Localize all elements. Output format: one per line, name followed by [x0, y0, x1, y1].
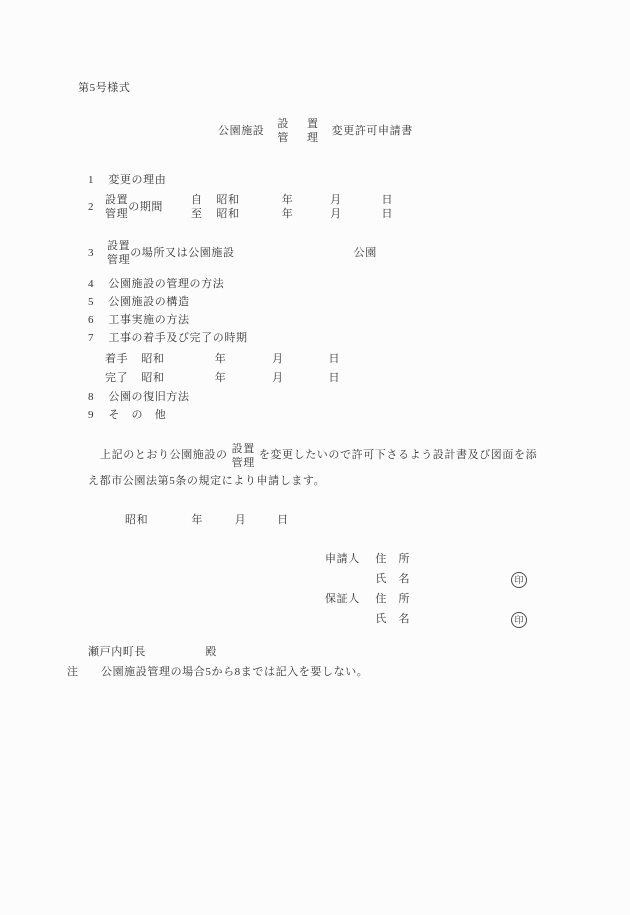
note-label: 注 — [67, 666, 79, 678]
item-5: 5 公園施設の構造 — [88, 296, 190, 309]
date-line-to: 至 昭和 年 月 日 — [191, 207, 393, 221]
era-label: 昭和 — [141, 353, 211, 366]
year-label: 年 — [215, 353, 269, 366]
era-label: 昭和 — [141, 372, 211, 385]
document-title: 公園施設 設 置 管 理 変更許可申請書 — [218, 117, 413, 145]
item-5-number: 5 — [88, 296, 105, 309]
body-text-after-stack: を変更したいので許可下さるよう設計書及び図面を添 — [259, 449, 537, 462]
day-label: 日 — [328, 353, 340, 366]
applicant-role-label: 申請人 — [325, 549, 372, 569]
item-3-label: の場所又は公園施設 — [130, 247, 234, 260]
item-2-label: の期間 — [128, 201, 163, 214]
address-label: 住 所 — [375, 593, 410, 605]
body-paragraph-line-2: え都市公園法第5条の規定により申請します。 — [88, 475, 325, 488]
start-label: 着手 — [105, 353, 138, 366]
application-date-line: 昭和 年 月 日 — [125, 514, 289, 527]
item-9-label: そ の 他 — [108, 409, 166, 421]
day-label: 日 — [381, 193, 393, 207]
year-label: 年 — [191, 514, 231, 527]
applicant-name-row: 氏 名 印 — [325, 569, 410, 589]
item-2-date-lines: 自 昭和 年 月 日 至 昭和 年 月 日 — [191, 193, 393, 221]
stack-cell-bottom-left: 管 — [277, 131, 289, 145]
honorific-label: 殿 — [205, 646, 217, 658]
item-7: 7 工事の着手及び完了の時期 — [88, 332, 248, 345]
item-7-label: 工事の着手及び完了の時期 — [108, 332, 247, 344]
month-label: 月 — [235, 514, 274, 527]
item-7-number: 7 — [88, 332, 105, 345]
body-paragraph-line-1: 上記のとおり公園施設の 設置 管理 を変更したいので許可下さるよう設計書及び図面… — [88, 441, 537, 470]
stack-cell-top-left: 設 — [277, 117, 289, 131]
era-label: 昭和 — [216, 207, 278, 221]
item-8: 8 公園の復旧方法 — [88, 391, 190, 404]
year-label: 年 — [215, 372, 269, 385]
title-suffix: 変更許可申請書 — [332, 125, 413, 138]
item-8-label: 公園の復旧方法 — [108, 391, 189, 403]
from-label: 自 — [191, 193, 213, 207]
era-label: 昭和 — [125, 514, 188, 527]
date-line-from: 自 昭和 年 月 日 — [191, 193, 393, 207]
item-8-number: 8 — [88, 391, 105, 404]
era-label: 昭和 — [216, 193, 278, 207]
body-text-before-stack: 上記のとおり公園施設の — [100, 449, 228, 462]
guarantor-address-row: 保証人 住 所 — [325, 589, 410, 609]
title-secchi-kanri-stack: 設 置 管 理 — [277, 117, 318, 145]
to-label: 至 — [191, 207, 213, 221]
stack-top: 設置 — [105, 193, 128, 207]
item-4: 4 公園施設の管理の方法 — [88, 278, 224, 291]
item-1: 1 変更の理由 — [88, 174, 166, 187]
addressee-name: 瀬戸内町長 — [88, 646, 146, 658]
seal-character: 印 — [514, 576, 523, 585]
item-4-label: 公園施設の管理の方法 — [108, 278, 224, 290]
year-label: 年 — [282, 207, 327, 221]
item-3-number: 3 — [88, 247, 107, 260]
stack-top: 設置 — [232, 442, 255, 456]
stack-top: 設置 — [107, 239, 130, 253]
seal-character: 印 — [514, 616, 523, 625]
month-label: 月 — [272, 353, 325, 366]
item-2: 2 設置 管理 の期間 自 昭和 年 月 日 至 昭和 年 月 日 — [88, 193, 393, 221]
stack-bottom: 管理 — [232, 456, 255, 470]
month-label: 月 — [272, 372, 325, 385]
item-2-number: 2 — [88, 201, 105, 214]
day-label: 日 — [381, 207, 393, 221]
park-label: 公園 — [354, 247, 377, 260]
year-label: 年 — [282, 193, 327, 207]
item-3-secchi-kanri-stack: 設置 管理 — [107, 239, 130, 267]
end-label: 完了 — [105, 372, 138, 385]
day-label: 日 — [277, 514, 289, 527]
item-3: 3 設置 管理 の場所又は公園施設 公園 — [88, 239, 377, 267]
note-text: 公園施設管理の場合5から8までは記入を要しない。 — [101, 666, 368, 678]
item-6-number: 6 — [88, 314, 105, 327]
stack-bottom: 管理 — [105, 207, 128, 221]
form-number: 第5号様式 — [78, 82, 131, 95]
guarantor-name-row: 氏 名 印 — [325, 609, 410, 629]
signature-block: 申請人 住 所 氏 名 印 保証人 住 所 氏 名 印 — [325, 549, 410, 629]
item-1-label: 変更の理由 — [108, 174, 166, 186]
item-6-label: 工事実施の方法 — [108, 314, 189, 326]
name-label: 氏 名 — [375, 573, 410, 585]
guarantor-role-label: 保証人 — [325, 589, 372, 609]
item-9-number: 9 — [88, 409, 105, 422]
name-label: 氏 名 — [375, 613, 410, 625]
month-label: 月 — [330, 207, 378, 221]
stack-bottom: 管理 — [107, 253, 130, 267]
addressee-line: 瀬戸内町長 殿 — [88, 646, 217, 659]
seal-icon: 印 — [511, 572, 527, 588]
title-prefix: 公園施設 — [218, 125, 264, 138]
address-label: 住 所 — [375, 553, 410, 565]
applicant-address-row: 申請人 住 所 — [325, 549, 410, 569]
note-line: 注 公園施設管理の場合5から8までは記入を要しない。 — [67, 666, 368, 679]
item-2-secchi-kanri-stack: 設置 管理 — [105, 193, 128, 221]
construction-start-date-line: 着手 昭和 年 月 日 — [105, 353, 340, 366]
item-5-label: 公園施設の構造 — [108, 296, 189, 308]
body-secchi-kanri-stack: 設置 管理 — [232, 442, 255, 470]
item-9: 9 そ の 他 — [88, 409, 166, 422]
document-page: 第5号様式 公園施設 設 置 管 理 変更許可申請書 1 変更の理由 2 設置 … — [0, 0, 630, 915]
stack-cell-top-right: 置 — [307, 117, 319, 131]
construction-end-date-line: 完了 昭和 年 月 日 — [105, 372, 340, 385]
item-6: 6 工事実施の方法 — [88, 314, 190, 327]
item-1-number: 1 — [88, 174, 105, 187]
month-label: 月 — [330, 193, 378, 207]
seal-icon: 印 — [511, 612, 527, 628]
day-label: 日 — [328, 372, 340, 385]
stack-cell-bottom-right: 理 — [307, 131, 319, 145]
item-4-number: 4 — [88, 278, 105, 291]
